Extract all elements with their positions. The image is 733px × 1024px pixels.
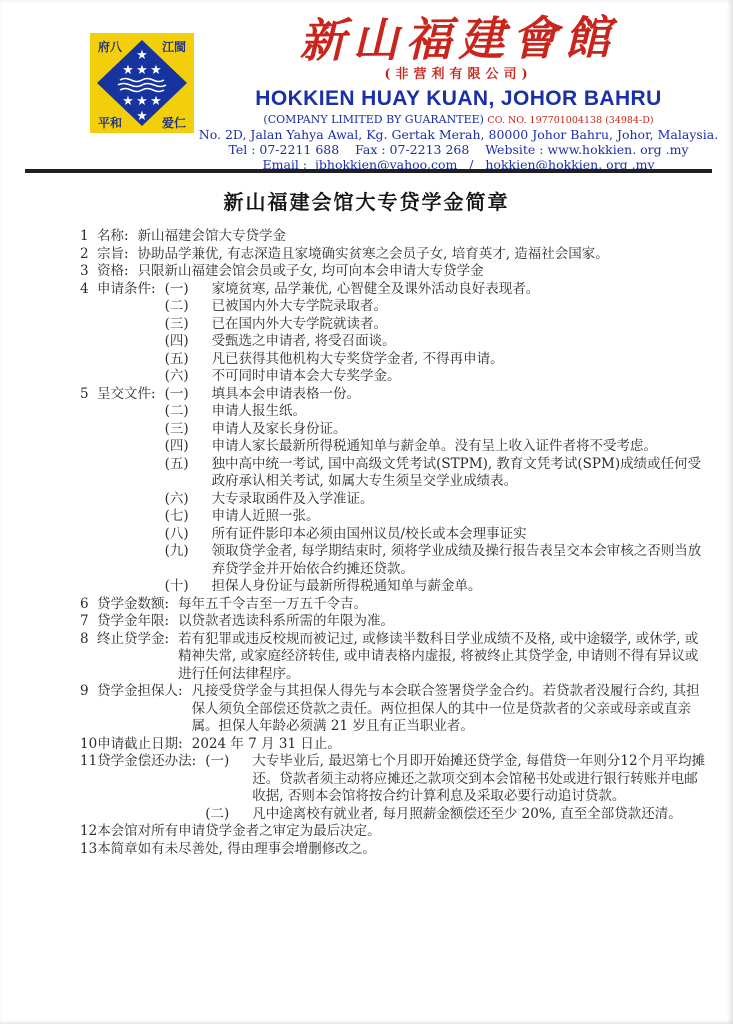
rule-number: 1 — [80, 228, 97, 246]
rule-number: 7 — [80, 613, 97, 631]
rule-body: 协助品学兼优, 有志深造且家境确实贫寒之会员子女, 培育英才, 造福社会国家。 — [138, 246, 709, 264]
org-name-english: HOKKIEN HUAY KUAN, JOHOR BAHRU — [198, 86, 719, 111]
rule-number: 4 — [80, 281, 97, 299]
subitem-marker: (二) — [165, 403, 212, 421]
star-icon: ★ — [122, 94, 134, 109]
rule-label: 申请条件: — [97, 281, 156, 299]
org-name-chinese: 新山福建會館 — [198, 9, 720, 68]
rule-number: 10 — [80, 736, 97, 754]
rule-text: 以贷款者选读科系所需的年限为准。 — [178, 613, 709, 631]
rule-item: 6贷学金数额:每年五千令吉至一万五千令吉。 — [80, 596, 709, 614]
subitem-text: 申请人报生纸。 — [212, 403, 709, 421]
subitem-marker: (三) — [165, 421, 212, 439]
rule-item: 10申请截止日期:2024 年 7 月 31 日止。 — [80, 736, 709, 754]
org-address: No. 2D, Jalan Yahya Awal, Kg. Gertak Mer… — [198, 127, 719, 142]
rule-number: 5 — [80, 386, 97, 404]
subitem-text: 担保人身份证与最新所得税通知单与薪金单。 — [212, 578, 709, 596]
rule-item: 4申请条件:(一)家境贫寒, 品学兼优, 心智健全及课外活动良好表现者。(二)已… — [80, 281, 709, 386]
subitem-marker: (二) — [165, 298, 212, 316]
rule-item: 8终止贷学金:若有犯罪或违反校规而被记过, 或修读半数科目学业成绩不及格, 或中… — [80, 631, 709, 684]
rule-number: 8 — [80, 631, 97, 649]
rule-label: 名称: — [97, 228, 129, 246]
subitem-text: 受甄选之申请者, 将受召面谈。 — [212, 333, 709, 351]
subitem-text: 所有证件影印本必须由国州议员/校长或本会理事证实 — [212, 526, 709, 544]
rule-body: 只限新山福建会馆会员或子女, 均可向本会申请大专贷学金 — [138, 263, 709, 281]
rule-item: 2宗旨:协助品学兼优, 有志深造且家境确实贫寒之会员子女, 培育英才, 造福社会… — [80, 246, 709, 264]
rule-subitem: (二)申请人报生纸。 — [165, 403, 709, 421]
rule-body: 以贷款者选读科系所需的年限为准。 — [178, 613, 709, 631]
rule-subitem: (四)申请人家长最新所得税通知单与薪金单。没有呈上收入证件者将不受考虑。 — [165, 438, 709, 456]
subitem-text: 家境贫寒, 品学兼优, 心智健全及课外活动良好表现者。 — [212, 281, 709, 299]
org-contact-line: Tel : 07-2211 688 Fax : 07-2213 268 Webs… — [198, 142, 719, 157]
rule-subitem: (七)申请人近照一张。 — [165, 508, 709, 526]
star-icon: ★ — [136, 94, 148, 109]
subitem-text: 凡已获得其他机构大专奖贷学金者, 不得再申请。 — [212, 351, 709, 369]
rule-subitem: (二)已被国内外大专学院录取者。 — [165, 298, 709, 316]
subitem-marker: (三) — [165, 316, 212, 334]
logo-corner-bottom-left: 平和 — [98, 115, 122, 130]
rule-subitem: (四)受甄选之申请者, 将受召面谈。 — [165, 333, 709, 351]
rule-body: 若有犯罪或违反校规而被记过, 或修读半数科目学业成绩不及格, 或中途辍学, 或休… — [178, 631, 709, 684]
rule-label: 贷学金偿还办法: — [97, 753, 196, 771]
rule-text: 只限新山福建会馆会员或子女, 均可向本会申请大专贷学金 — [138, 263, 709, 281]
rule-item: 3资格:只限新山福建会馆会员或子女, 均可向本会申请大专贷学金 — [80, 263, 709, 281]
rule-label: 贷学金年限: — [97, 613, 169, 631]
rule-body: (一)填具本会申请表格一份。(二)申请人报生纸。(三)申请人及家长身份证。(四)… — [165, 386, 709, 596]
org-subtitle-chinese: (非营利有限公司) — [198, 67, 719, 83]
subitem-marker: (九) — [165, 543, 212, 561]
rule-text: 2024 年 7 月 31 日止。 — [192, 736, 709, 754]
rule-item: 13本简章如有未尽善处, 得由理事会增删修改之。 — [80, 841, 709, 859]
rule-body: (一)大专毕业后, 最迟第七个月即开始摊还贷学金, 每借贷一年则分12个月平均摊… — [205, 753, 709, 823]
rule-subitem: (五)独中高中统一考试, 国中高级文凭考试(STPM), 教育文凭考试(SPM)… — [165, 456, 709, 491]
association-logo: ★ ★ ★ ★ ★ ★ ★ ★ 府八 江閩 平和 爱仁 — [90, 33, 194, 133]
subitem-text: 已被国内外大专学院录取者。 — [212, 298, 709, 316]
rule-subitem: (三)申请人及家长身份证。 — [165, 421, 709, 439]
rule-item: 9贷学金担保人:凡接受贷学金与其担保人得先与本会联合签署贷学金合约。若贷款者没履… — [80, 683, 709, 736]
subitem-text: 大专毕业后, 最迟第七个月即开始摊还贷学金, 每借贷一年则分12个月平均摊还。贷… — [252, 753, 709, 806]
subitem-text: 申请人近照一张。 — [212, 508, 709, 526]
rule-subitem: (一)填具本会申请表格一份。 — [165, 386, 709, 404]
rule-number: 13 — [80, 841, 97, 859]
scanned-document-page: ★ ★ ★ ★ ★ ★ ★ ★ 府八 江閩 平和 爱仁 新山福建會館 (非营利有… — [0, 0, 733, 1024]
subitem-marker: (五) — [165, 456, 212, 474]
star-icon: ★ — [136, 63, 148, 78]
rule-number: 6 — [80, 596, 97, 614]
subitem-marker: (一) — [165, 386, 212, 404]
subitem-marker: (二) — [205, 806, 252, 824]
letterhead-center: 新山福建會館 (非营利有限公司) HOKKIEN HUAY KUAN, JOHO… — [198, 12, 719, 172]
subitem-text: 填具本会申请表格一份。 — [212, 386, 709, 404]
rule-subitem: (二)凡中途离校有就业者, 每月照薪金额偿还至少 20%, 直至全部贷款还清。 — [205, 806, 709, 824]
rule-label: 终止贷学金: — [97, 631, 169, 649]
rule-number: 9 — [80, 683, 97, 701]
rule-item: 5呈交文件:(一)填具本会申请表格一份。(二)申请人报生纸。(三)申请人及家长身… — [80, 386, 709, 596]
rule-body: 2024 年 7 月 31 日止。 — [192, 736, 709, 754]
rule-number: 11 — [80, 753, 97, 771]
subitem-text: 申请人家长最新所得税通知单与薪金单。没有呈上收入证件者将不受考虑。 — [212, 438, 709, 456]
rule-body: 本会馆对所有申请贷学金者之审定为最后决定。 — [97, 823, 709, 841]
rule-body: 凡接受贷学金与其担保人得先与本会联合签署贷学金合约。若贷款者没履行合约, 其担保… — [192, 683, 709, 736]
subitem-text: 大专录取函件及入学准证。 — [212, 491, 709, 509]
rule-text: 新山福建会馆大专贷学金 — [138, 228, 709, 246]
rule-text: 每年五千令吉至一万五千令吉。 — [178, 596, 709, 614]
subitem-marker: (一) — [165, 281, 212, 299]
rule-label: 申请截止日期: — [97, 736, 183, 754]
rule-body: 每年五千令吉至一万五千令吉。 — [178, 596, 709, 614]
subitem-text: 申请人及家长身份证。 — [212, 421, 709, 439]
rule-label: 贷学金担保人: — [97, 683, 183, 701]
rule-subitem: (五)凡已获得其他机构大专奖贷学金者, 不得再申请。 — [165, 351, 709, 369]
subitem-marker: (一) — [205, 753, 252, 771]
rule-label: 贷学金数额: — [97, 596, 169, 614]
subitem-marker: (七) — [165, 508, 212, 526]
star-icon: ★ — [150, 63, 162, 78]
subitem-text: 不可同时申请本会大专奖学金。 — [212, 368, 709, 386]
subitem-text: 凡中途离校有就业者, 每月照薪金额偿还至少 20%, 直至全部贷款还清。 — [252, 806, 709, 824]
rule-number: 12 — [80, 823, 97, 841]
rule-item: 1名称:新山福建会馆大专贷学金 — [80, 228, 709, 246]
star-icon: ★ — [136, 109, 148, 124]
rule-subitem: (三)已在国内外大专学院就读者。 — [165, 316, 709, 334]
logo-corner-bottom-right: 爱仁 — [161, 115, 186, 130]
subitem-marker: (十) — [165, 578, 212, 596]
rule-body: 本简章如有未尽善处, 得由理事会增删修改之。 — [97, 841, 709, 859]
rule-number: 3 — [80, 263, 97, 281]
subitem-marker: (六) — [165, 491, 212, 509]
rule-subitem: (六)大专录取函件及入学准证。 — [165, 491, 709, 509]
company-limited-label: (COMPANY LIMITED BY GUARANTEE) — [263, 113, 484, 126]
rule-text: 本会馆对所有申请贷学金者之审定为最后决定。 — [97, 823, 709, 841]
company-number: CO. NO. 197701004138 (34984-D) — [487, 115, 653, 126]
rule-subitem: (九)领取贷学金者, 每学期结束时, 须将学业成绩及操行报告表呈交本会审核之否则… — [165, 543, 709, 578]
subitem-text: 已在国内外大专学院就读者。 — [212, 316, 709, 334]
rule-body: (一)家境贫寒, 品学兼优, 心智健全及课外活动良好表现者。(二)已被国内外大专… — [165, 281, 709, 386]
rule-subitem: (十)担保人身份证与最新所得税通知单与薪金单。 — [165, 578, 709, 596]
rule-label: 宗旨: — [97, 246, 129, 264]
subitem-marker: (四) — [165, 438, 212, 456]
logo-corner-top-right: 江閩 — [162, 39, 186, 54]
association-emblem-icon: ★ ★ ★ ★ ★ ★ ★ ★ 府八 江閩 平和 爱仁 — [90, 33, 194, 133]
rule-subitem: (一)大专毕业后, 最迟第七个月即开始摊还贷学金, 每借贷一年则分12个月平均摊… — [205, 753, 709, 806]
rule-body: 新山福建会馆大专贷学金 — [138, 228, 709, 246]
star-icon: ★ — [136, 48, 148, 63]
star-icon: ★ — [150, 94, 162, 109]
rule-item: 12本会馆对所有申请贷学金者之审定为最后决定。 — [80, 823, 709, 841]
rule-subitem: (六)不可同时申请本会大专奖学金。 — [165, 368, 709, 386]
rule-text: 协助品学兼优, 有志深造且家境确实贫寒之会员子女, 培育英才, 造福社会国家。 — [138, 246, 709, 264]
rule-label: 呈交文件: — [97, 386, 156, 404]
subitem-marker: (四) — [165, 333, 212, 351]
star-icon: ★ — [122, 63, 134, 78]
subitem-marker: (五) — [165, 351, 212, 369]
rule-text: 本简章如有未尽善处, 得由理事会增删修改之。 — [97, 841, 709, 859]
header-divider — [25, 169, 712, 173]
letterhead: ★ ★ ★ ★ ★ ★ ★ ★ 府八 江閩 平和 爱仁 新山福建會館 (非营利有… — [0, 0, 733, 172]
logo-corner-top-left: 府八 — [98, 39, 123, 54]
subitem-text: 独中高中统一考试, 国中高级文凭考试(STPM), 教育文凭考试(SPM)成绩或… — [212, 456, 709, 491]
subitem-marker: (六) — [165, 368, 212, 386]
rule-number: 2 — [80, 246, 97, 264]
rule-text: 若有犯罪或违反校规而被记过, 或修读半数科目学业成绩不及格, 或中途辍学, 或休… — [178, 631, 709, 684]
rule-item: 7贷学金年限:以贷款者选读科系所需的年限为准。 — [80, 613, 709, 631]
rule-subitem: (一)家境贫寒, 品学兼优, 心智健全及课外活动良好表现者。 — [165, 281, 709, 299]
rules-list: 1名称:新山福建会馆大专贷学金2宗旨:协助品学兼优, 有志深造且家境确实贫寒之会… — [80, 228, 709, 858]
subitem-marker: (八) — [165, 526, 212, 544]
rule-text: 凡接受贷学金与其担保人得先与本会联合签署贷学金合约。若贷款者没履行合约, 其担保… — [192, 683, 709, 736]
rule-item: 11贷学金偿还办法:(一)大专毕业后, 最迟第七个月即开始摊还贷学金, 每借贷一… — [80, 753, 709, 823]
subitem-text: 领取贷学金者, 每学期结束时, 须将学业成绩及操行报告表呈交本会审核之否则当放弃… — [212, 543, 709, 578]
document-title: 新山福建会馆大专贷学金简章 — [0, 186, 733, 215]
rule-subitem: (八)所有证件影印本必须由国州议员/校长或本会理事证实 — [165, 526, 709, 544]
company-registration-line: (COMPANY LIMITED BY GUARANTEE) CO. NO. 1… — [198, 113, 719, 127]
rule-label: 资格: — [97, 263, 129, 281]
